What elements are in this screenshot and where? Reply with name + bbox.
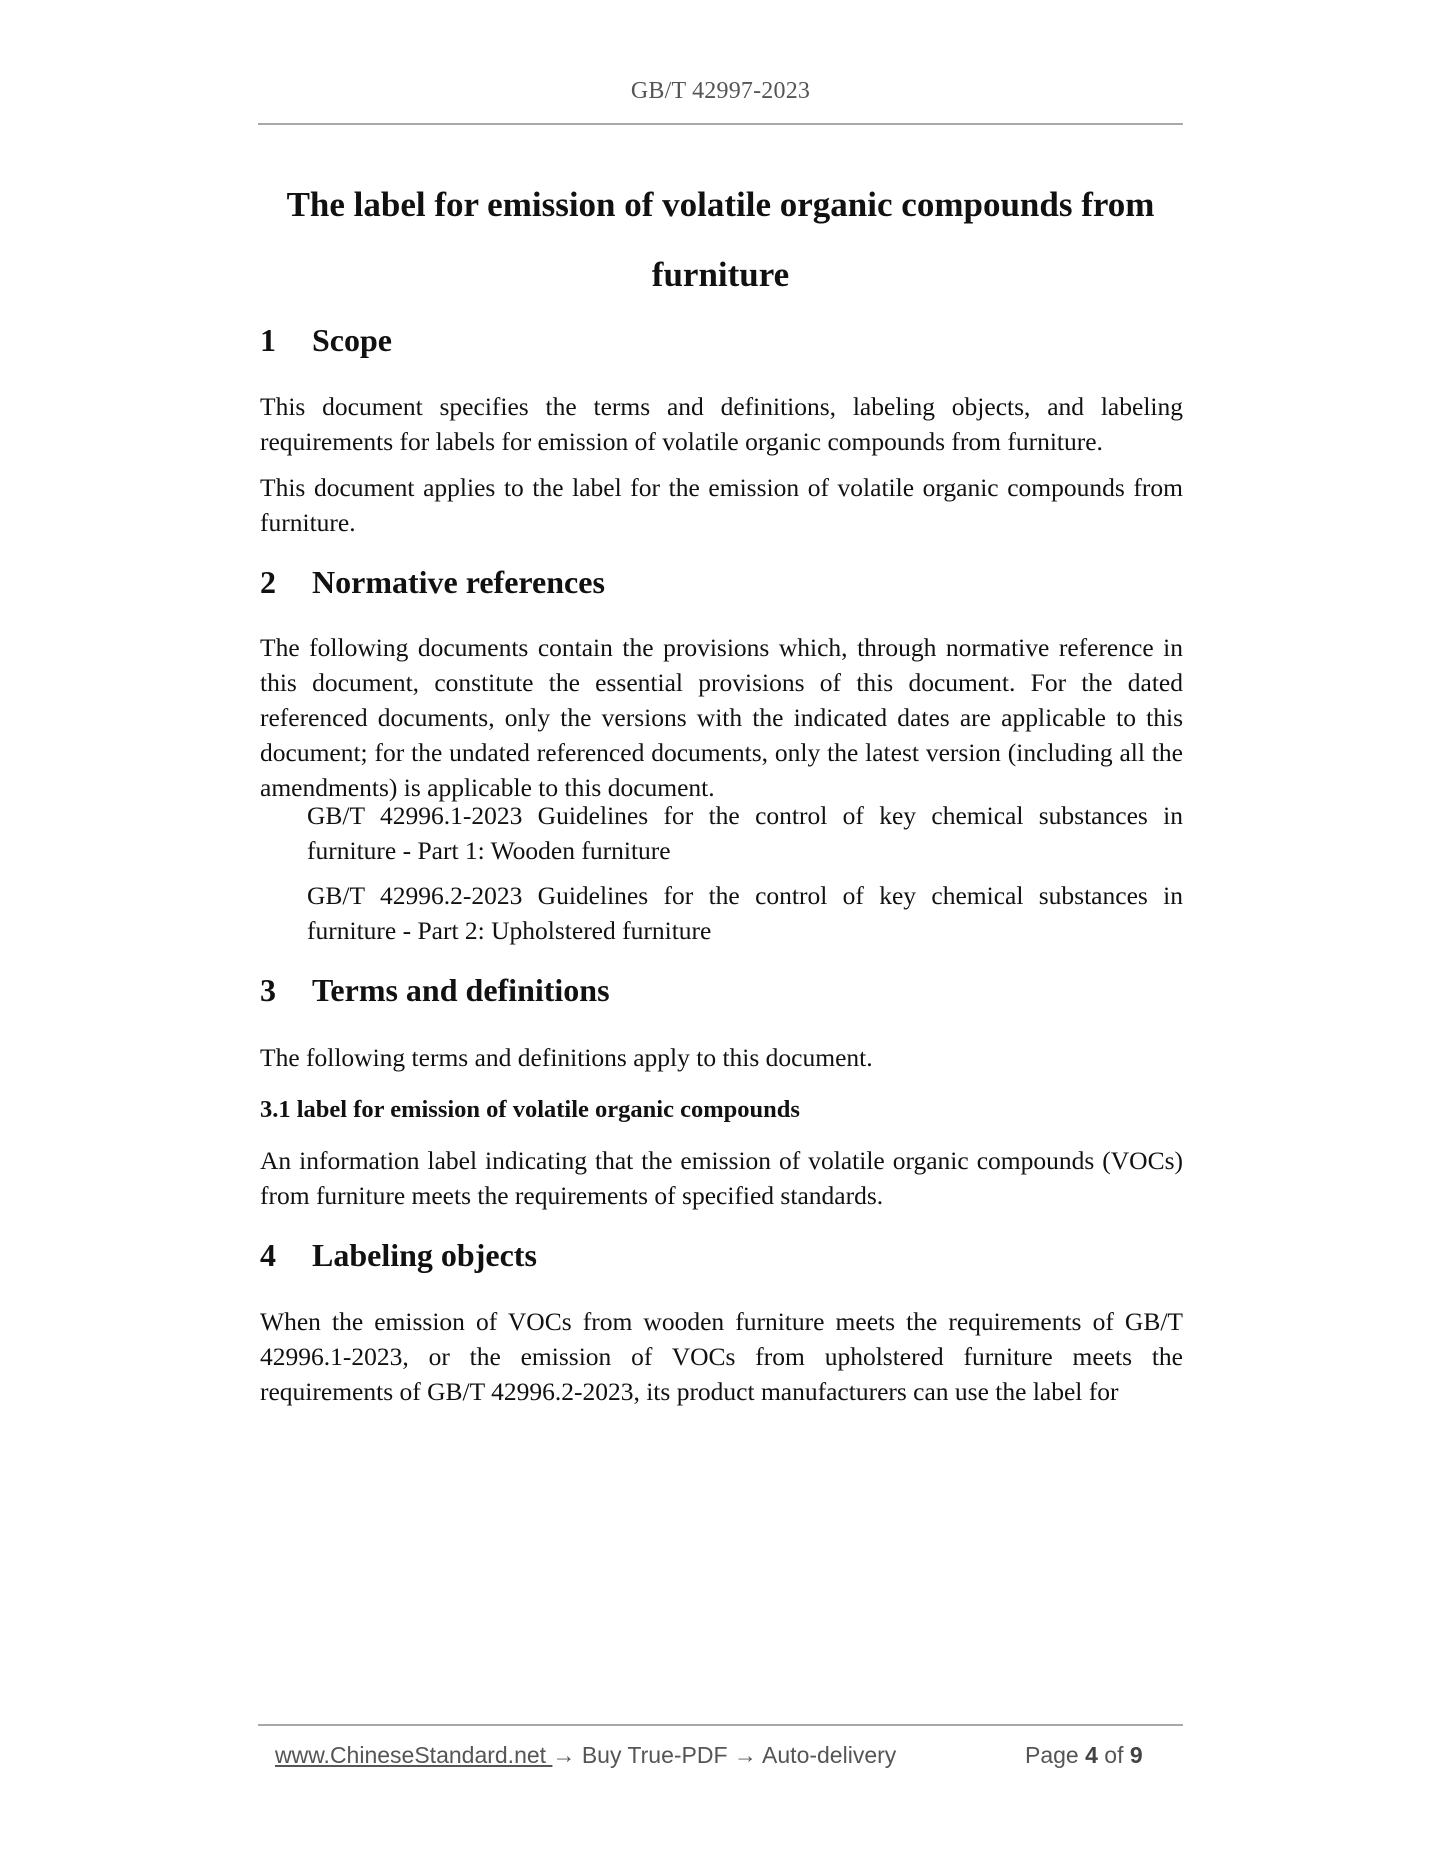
page-indicator: Page 4 of 9 [1025, 1742, 1143, 1769]
title-line-2: furniture [652, 255, 789, 294]
arrow-right-icon: → [552, 1742, 575, 1768]
scope-paragraph-1: This document specifies the terms and de… [260, 389, 1183, 459]
section-title: Scope [312, 322, 392, 358]
document-title: The label for emission of volatile organ… [258, 170, 1183, 310]
section-title: Normative references [312, 564, 605, 600]
of-label: of [1104, 1742, 1123, 1768]
section-number: 4 [260, 1235, 312, 1275]
chinesestandard-link[interactable]: www.ChineseStandard.net [275, 1742, 552, 1768]
reference-item: GB/T 42996.2-2023 Guidelines for the con… [307, 878, 1183, 948]
section-heading-normative-references: 2Normative references [260, 562, 605, 602]
current-page-number: 4 [1085, 1742, 1098, 1768]
title-line-1: The label for emission of volatile organ… [287, 185, 1155, 224]
section-number: 2 [260, 562, 312, 602]
page-label: Page [1025, 1742, 1079, 1768]
section-heading-scope: 1Scope [260, 320, 392, 360]
scope-paragraph-2: This document applies to the label for t… [260, 470, 1183, 540]
section-heading-labeling-objects: 4Labeling objects [260, 1235, 537, 1275]
running-header: GB/T 42997-2023 [258, 78, 1183, 105]
section-title: Labeling objects [312, 1237, 537, 1273]
reference-item: GB/T 42996.1-2023 Guidelines for the con… [307, 798, 1183, 868]
auto-delivery-text: Auto-delivery [757, 1742, 896, 1768]
buy-true-pdf-text: Buy True-PDF [575, 1742, 733, 1768]
term-heading: 3.1 label for emission of volatile organ… [260, 1094, 800, 1126]
normative-references-paragraph: The following documents contain the prov… [260, 630, 1183, 805]
footer-divider [258, 1724, 1183, 1726]
section-number: 1 [260, 320, 312, 360]
section-number: 3 [260, 970, 312, 1010]
arrow-right-icon: → [734, 1742, 757, 1768]
section-title: Terms and definitions [312, 972, 610, 1008]
section-heading-terms-and-definitions: 3Terms and definitions [260, 970, 610, 1010]
header-divider [258, 123, 1183, 125]
term-definition: An information label indicating that the… [260, 1143, 1183, 1213]
terms-intro-paragraph: The following terms and definitions appl… [260, 1040, 1183, 1075]
page-footer: www.ChineseStandard.net → Buy True-PDF →… [275, 1742, 1175, 1769]
total-pages-number: 9 [1130, 1742, 1143, 1768]
labeling-objects-paragraph: When the emission of VOCs from wooden fu… [260, 1304, 1183, 1409]
standard-code: GB/T 42997-2023 [631, 78, 810, 104]
